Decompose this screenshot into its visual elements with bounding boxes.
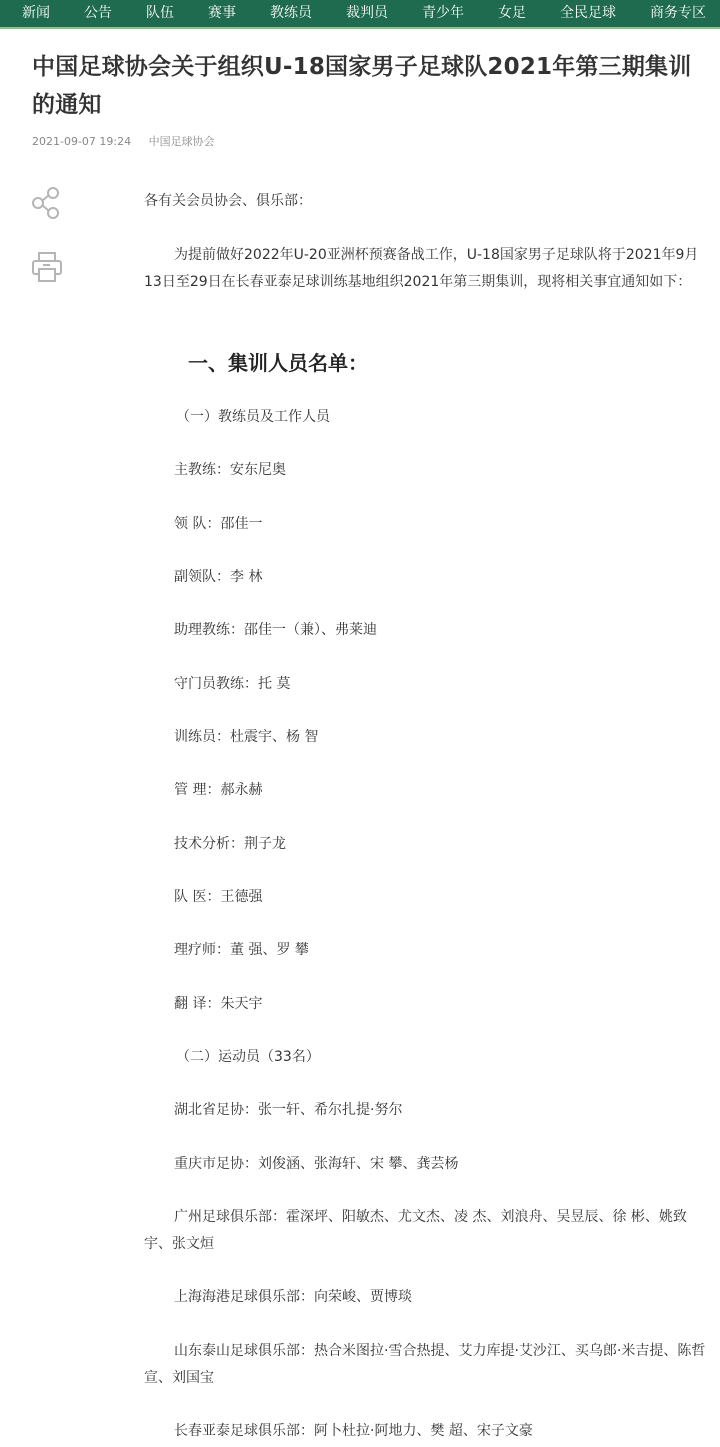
- nav-item-grassroots[interactable]: 全民足球: [560, 0, 616, 27]
- staff-trainers: 训练员：杜震宇、杨 智: [174, 724, 318, 751]
- nav-item-announcements[interactable]: 公告: [84, 0, 112, 27]
- nav-item-women[interactable]: 女足: [498, 0, 526, 27]
- players-guangzhou: 广州足球俱乐部：霍深坪、阳敏杰、尤文杰、凌 杰、刘浪舟、吴昱辰、徐 彬、姚致宇、…: [144, 1204, 710, 1258]
- print-icon[interactable]: [30, 250, 64, 284]
- nav-item-referees[interactable]: 裁判员: [346, 0, 388, 27]
- top-navigation: 新闻 公告 队伍 赛事 教练员 裁判员 青少年 女足 全民足球 商务专区: [0, 0, 720, 29]
- nav-item-news[interactable]: 新闻: [22, 0, 50, 27]
- staff-doctor: 队 医：王德强: [174, 884, 262, 911]
- staff-subheading: （一）教练员及工作人员: [176, 404, 330, 431]
- players-shanghai-port: 上海海港足球俱乐部：向荣峻、贾博琰: [174, 1284, 412, 1311]
- nav-item-teams[interactable]: 队伍: [146, 0, 174, 27]
- watermark-logo: [600, 1405, 710, 1437]
- article-source: 中国足球协会: [149, 135, 215, 148]
- nav-item-business[interactable]: 商务专区: [650, 0, 706, 27]
- intro-paragraph: 为提前做好2022年U-20亚洲杯预赛备战工作，U-18国家男子足球队将于202…: [144, 242, 710, 296]
- staff-team-leader: 领 队：邵佳一: [174, 511, 262, 538]
- side-tools: [30, 186, 64, 284]
- article-title: 中国足球协会关于组织U-18国家男子足球队2021年第三期集训的通知: [32, 48, 702, 124]
- staff-analyst: 技术分析：荆子龙: [174, 831, 286, 858]
- staff-goalkeeper-coach: 守门员教练：托 莫: [174, 671, 290, 698]
- players-hubei: 湖北省足协：张一轩、希尔扎提·努尔: [174, 1097, 402, 1124]
- article-meta: 2021-09-07 19:24 中国足球协会: [32, 134, 215, 150]
- nav-item-coaches[interactable]: 教练员: [270, 0, 312, 27]
- staff-manager: 管 理：郝永赫: [174, 777, 262, 804]
- share-icon[interactable]: [30, 186, 64, 220]
- staff-physio: 理疗师：董 强、罗 攀: [174, 937, 309, 964]
- players-shandong-taishan: 山东泰山足球俱乐部：热合米图拉·雪合热提、艾力库提·艾沙江、买乌郎·米吉提、陈哲…: [144, 1338, 710, 1392]
- section-heading-personnel: 一、集训人员名单：: [188, 348, 368, 378]
- nav-item-events[interactable]: 赛事: [208, 0, 236, 27]
- players-subheading: （二）运动员（33名）: [176, 1044, 320, 1071]
- players-changchun-yatai: 长春亚泰足球俱乐部：阿卜杜拉·阿地力、樊 超、宋子文豪: [174, 1418, 533, 1445]
- publish-date: 2021-09-07 19:24: [32, 135, 131, 148]
- staff-translator: 翻 译：朱天宇: [174, 991, 262, 1018]
- nav-item-youth[interactable]: 青少年: [422, 0, 464, 27]
- staff-head-coach: 主教练：安东尼奥: [174, 457, 286, 484]
- players-chongqing: 重庆市足协：刘俊涵、张海轩、宋 攀、龚芸杨: [174, 1151, 458, 1178]
- greeting: 各有关会员协会、俱乐部：: [144, 188, 312, 215]
- staff-assistant-coaches: 助理教练：邵佳一（兼）、弗莱迪: [174, 617, 377, 644]
- staff-deputy-leader: 副领队：李 林: [174, 564, 262, 591]
